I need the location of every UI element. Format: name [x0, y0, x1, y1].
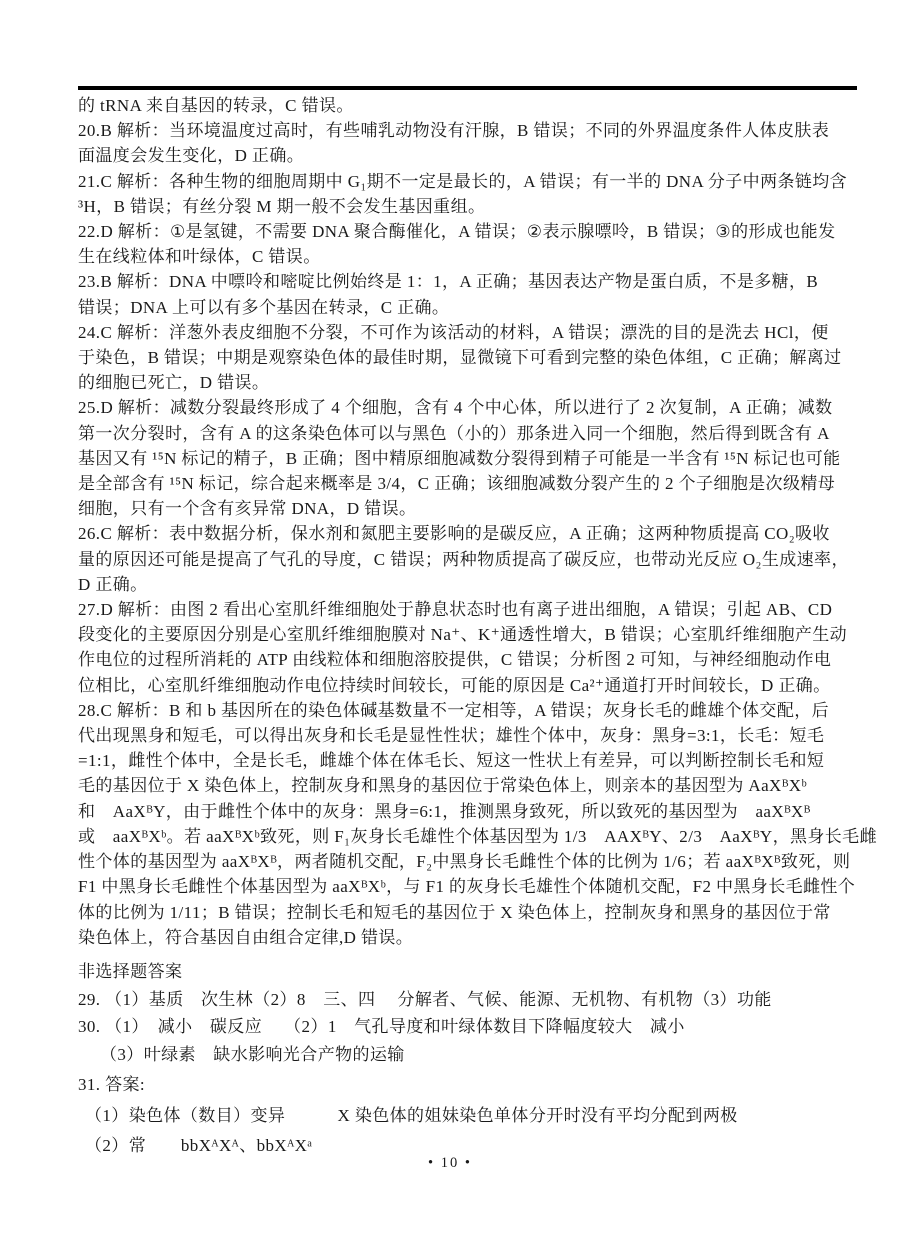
- answer-line-29: 29. （1）基质 次生林（2）8 三、四 分解者、气候、能源、无机物、有机物（…: [78, 986, 868, 1014]
- solution-text-line: 是全部含有 ¹⁵N 标记，综合起来概率是 3/4，C 正确；该细胞减数分裂产生的…: [78, 471, 868, 496]
- answer-line-30a: 30. （1） 减小 碳反应 （2）1 气孔导度和叶绿体数目下降幅度较大 减小: [78, 1013, 868, 1041]
- solution-text-line: 或 aaXᴮXᵇ。若 aaXᴮXᵇ致死，则 F₁灰身长毛雄性个体基因型为 1/3…: [78, 824, 868, 849]
- solution-text-line: 的 tRNA 来自基因的转录，C 错误。: [78, 93, 868, 118]
- solution-text-line: 第一次分裂时，含有 A 的这条染色体可以与黑色（小的）那条进入同一个细胞，然后得…: [78, 421, 868, 446]
- answer-line-30b: （3）叶绿素 缺水影响光合产物的运输: [78, 1041, 868, 1069]
- solution-text-line: 面温度会发生变化，D 正确。: [78, 143, 868, 168]
- solution-text-line: 26.C 解析：表中数据分析，保水剂和氮肥主要影响的是碳反应，A 正确；这两种物…: [78, 521, 868, 546]
- solution-text-line: 20.B 解析：当环境温度过高时，有些哺乳动物没有汗腺，B 错误；不同的外界温度…: [78, 118, 868, 143]
- solution-text-line: 代出现黑身和短毛，可以得出灰身和长毛是显性性状；雄性个体中，灰身：黑身=3:1，…: [78, 723, 868, 748]
- solution-text-line: 段变化的主要原因分别是心室肌纤维细胞膜对 Na⁺、K⁺通透性增大，B 错误；心室…: [78, 622, 868, 647]
- section-heading: 非选择题答案: [78, 958, 868, 986]
- solution-text-line: 毛的基因位于 X 染色体上，控制灰身和黑身的基因位于常染色体上，则亲本的基因型为…: [78, 773, 868, 798]
- solution-text-line: =1:1，雌性个体中，全是长毛，雌雄个体在体毛长、短这一性状上有差异，可以判断控…: [78, 748, 868, 773]
- solution-text-line: 基因又有 ¹⁵N 标记的精子，B 正确；图中精原细胞减数分裂得到精子可能是一半含…: [78, 446, 868, 471]
- solution-text-line: 22.D 解析：①是氢键，不需要 DNA 聚合酶催化，A 错误；②表示腺嘌呤，B…: [78, 219, 868, 244]
- solution-text-line: 28.C 解析：B 和 b 基因所在的染色体碱基数量不一定相等，A 错误；灰身长…: [78, 698, 868, 723]
- solution-text-line: 染色体上，符合基因自由组合定律,D 错误。: [78, 925, 868, 950]
- document-page: 的 tRNA 来自基因的转录，C 错误。20.B 解析：当环境温度过高时，有些哺…: [0, 0, 900, 1246]
- solution-text-line: F1 中黑身长毛雌性个体基因型为 aaXᴮXᵇ，与 F1 的灰身长毛雄性个体随机…: [78, 874, 868, 899]
- page-number: • 10 •: [0, 1155, 900, 1172]
- solution-text-line: 位相比，心室肌纤维细胞动作电位持续时间较长，可能的原因是 Ca²⁺通道打开时间较…: [78, 673, 868, 698]
- solution-text-line: 性个体的基因型为 aaXᴮXᴮ，两者随机交配，F₂中黑身长毛雌性个体的比例为 1…: [78, 849, 868, 874]
- question-31-answer-block: 31. 答案: （1）染色体（数目）变异 X 染色体的姐妹染色单体分开时没有平均…: [78, 1070, 868, 1162]
- solution-text-line: 体的比例为 1/11；B 错误；控制长毛和短毛的基因位于 X 染色体上，控制灰身…: [78, 900, 868, 925]
- solution-text-line: 于染色，B 错误；中期是观察染色体的最佳时期，显微镜下可看到完整的染色体组，C …: [78, 345, 868, 370]
- header-rule: [78, 86, 857, 90]
- solution-text-line: ³H，B 错误；有丝分裂 M 期一般不会发生基因重组。: [78, 194, 868, 219]
- non-choice-answers-block: 非选择题答案 29. （1）基质 次生林（2）8 三、四 分解者、气候、能源、无…: [78, 958, 868, 1068]
- solution-text-line: D 正确。: [78, 572, 868, 597]
- solution-text-line: 的细胞已死亡，D 错误。: [78, 370, 868, 395]
- solution-text-line: 21.C 解析：各种生物的细胞周期中 G₁期不一定是最长的，A 错误；有一半的 …: [78, 169, 868, 194]
- solution-text-line: 27.D 解析：由图 2 看出心室肌纤维细胞处于静息状态时也有离子进出细胞，A …: [78, 597, 868, 622]
- solution-text-line: 23.B 解析：DNA 中嘌呤和嘧啶比例始终是 1：1，A 正确；基因表达产物是…: [78, 269, 868, 294]
- solution-text-line: 细胞，只有一个含有亥异常 DNA，D 错误。: [78, 496, 868, 521]
- solution-text-line: 25.D 解析：减数分裂最终形成了 4 个细胞，含有 4 个中心体，所以进行了 …: [78, 395, 868, 420]
- solution-text-line: 作电位的过程所消耗的 ATP 由线粒体和细胞溶胶提供，C 错误；分析图 2 可知…: [78, 647, 868, 672]
- solution-text-line: 量的原因还可能是提高了气孔的导度，C 错误；两种物质提高了碳反应，也带动光反应 …: [78, 547, 868, 572]
- solution-text-line: 和 AaXᴮY，由于雌性个体中的灰身：黑身=6:1，推测黑身致死，所以致死的基因…: [78, 799, 868, 824]
- solution-text-line: 24.C 解析：洋葱外表皮细胞不分裂，不可作为该活动的材料，A 错误；漂洗的目的…: [78, 320, 868, 345]
- answer-31-heading: 31. 答案:: [78, 1070, 868, 1101]
- solution-text-line: 生在线粒体和叶绿体，C 错误。: [78, 244, 868, 269]
- solutions-text-block: 的 tRNA 来自基因的转录，C 错误。20.B 解析：当环境温度过高时，有些哺…: [78, 93, 868, 950]
- answer-line-31-1: （1）染色体（数目）变异 X 染色体的姐妹染色单体分开时没有平均分配到两极: [78, 1101, 868, 1132]
- solution-text-line: 错误；DNA 上可以有多个基因在转录，C 正确。: [78, 295, 868, 320]
